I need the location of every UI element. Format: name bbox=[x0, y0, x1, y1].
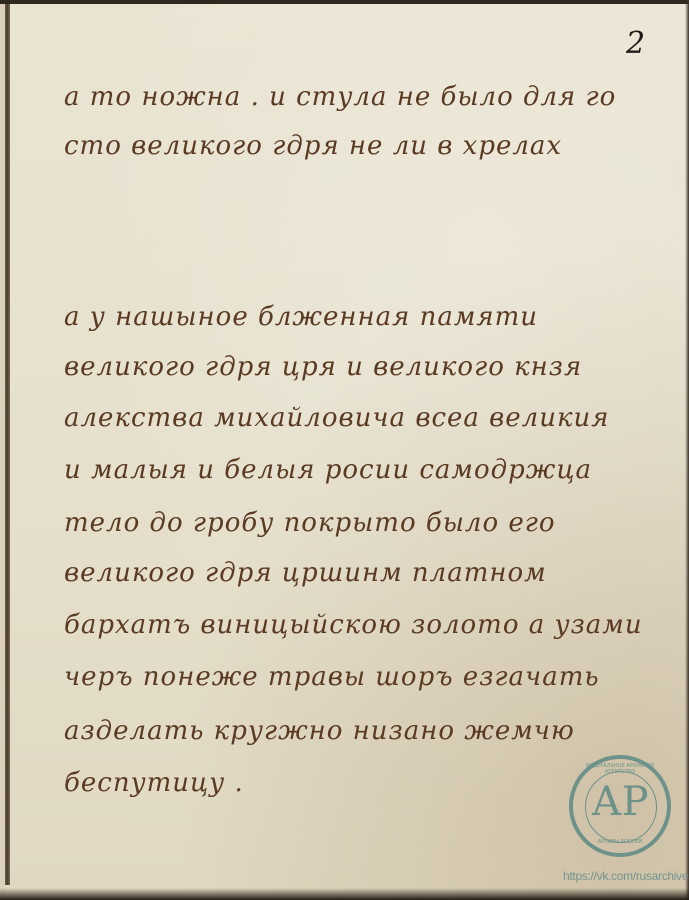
text-line: великого гдря цршинм платном bbox=[64, 558, 547, 588]
bottom-edge bbox=[0, 888, 689, 900]
text-line: черъ понеже травы шоръ езгачать bbox=[64, 662, 600, 692]
manuscript-page: 2 а то ножна . и стула не было для го ст… bbox=[0, 0, 689, 900]
archive-stamp-watermark: ФЕДЕРАЛЬНОЕ АРХИВНОЕ АГЕНТСТВО АР АРХИВЫ… bbox=[569, 755, 671, 857]
text-line: великого гдря цря и великого кнзя bbox=[64, 352, 582, 382]
binding-spine bbox=[5, 0, 10, 885]
right-edge bbox=[685, 0, 689, 900]
text-line: азделать кругжно низано жемчю bbox=[64, 716, 575, 746]
text-line: а то ножна . и стула не было для го bbox=[64, 82, 616, 112]
page-number: 2 bbox=[626, 26, 645, 61]
stamp-bottom-text: АРХИВЫ РОССИИ bbox=[573, 839, 667, 845]
text-line: бархатъ виницыйскою золото а узами bbox=[64, 610, 643, 640]
text-line: беспутицу . bbox=[64, 768, 244, 798]
stamp-monogram: АР bbox=[573, 779, 667, 825]
text-line: тело до гробу покрыто было его bbox=[64, 508, 556, 538]
text-line: алекства михайловича всеа великия bbox=[64, 403, 609, 433]
text-line: сто великого гдря не ли в хрелах bbox=[64, 131, 562, 161]
text-line: а у нашыное блженная памяти bbox=[64, 302, 538, 332]
top-edge bbox=[0, 0, 689, 4]
text-line: и малыя и белыя росии самодржца bbox=[64, 455, 592, 485]
watermark-url: https://vk.com/rusarchives bbox=[563, 869, 689, 883]
